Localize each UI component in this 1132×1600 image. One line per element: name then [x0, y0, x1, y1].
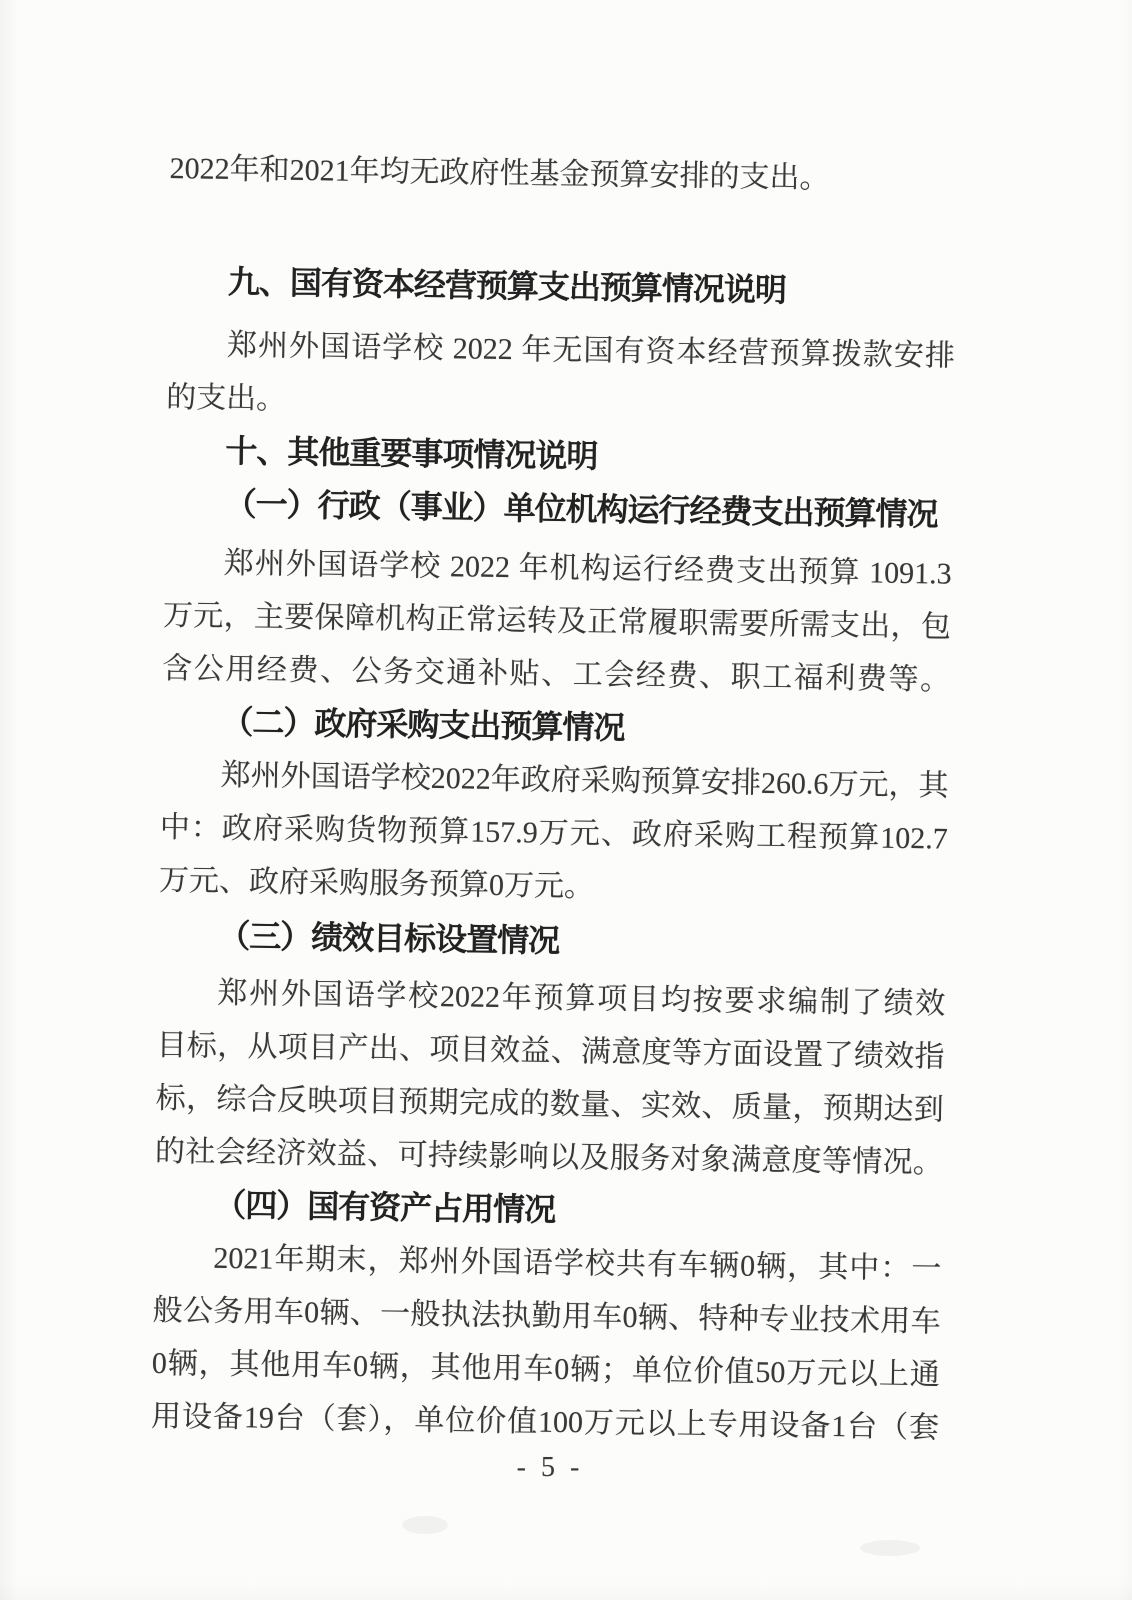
paragraph-line: 2022年和2021年均无政府性基金预算安排的支出。: [169, 142, 958, 207]
document-text-block: 2022年和2021年均无政府性基金预算安排的支出。九、国有资本经营预算支出预算…: [151, 142, 958, 1455]
section-heading: 九、国有资本经营预算支出预算情况说明: [168, 255, 957, 320]
section-heading: （一）行政（事业）单位机构运行经费支出预算情况: [164, 477, 953, 542]
page-number: - 5 -: [0, 1452, 1100, 1484]
scanned-document-page: 2022年和2021年均无政府性基金预算安排的支出。九、国有资本经营预算支出预算…: [0, 0, 1132, 1600]
section-heading: （三）绩效目标设置情况: [158, 909, 947, 974]
scan-artifact: [402, 1516, 448, 1534]
paragraph-line: 用设备19台（套），单位价值100万元以上专用设备1台（套: [151, 1390, 940, 1455]
scan-artifact: [860, 1540, 920, 1556]
